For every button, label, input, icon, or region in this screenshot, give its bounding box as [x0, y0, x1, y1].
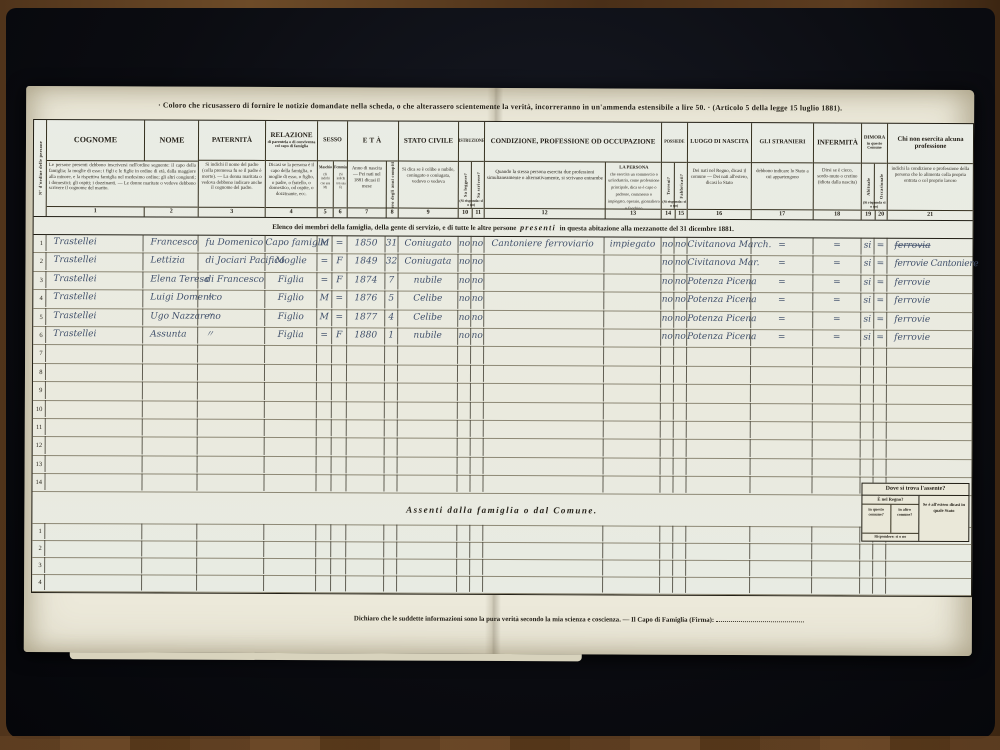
- istruzione-note: (Si risponda: sì o no): [459, 199, 484, 207]
- col-infermita: INFERMITÀ Dirsi se è cieco, sordo-muto o…: [813, 123, 861, 219]
- cell-sa-scrivere: no: [470, 291, 483, 308]
- cell-anno-nascita: [346, 346, 384, 364]
- cell-anni-compiti: 1: [384, 327, 397, 344]
- cell-persona: [603, 310, 660, 328]
- cell-maschio: M: [316, 309, 331, 326]
- cell-nome: [142, 418, 197, 436]
- cell-condizione: [483, 254, 603, 272]
- col-chi-non-esercita: Chi non esercita alcuna professione indi…: [887, 124, 973, 220]
- cell-anno-nascita: 1880: [346, 327, 384, 345]
- cell-stranieri: [750, 347, 812, 365]
- col-title-nome: NOME: [144, 120, 198, 160]
- cell-nome: [141, 524, 196, 540]
- cell-paternita: [197, 455, 264, 473]
- cell-terreni: [659, 543, 672, 559]
- cell-anno-nascita: [345, 542, 383, 558]
- cell-sa-leggere: [457, 383, 470, 400]
- relazione-subtitle: di parentela o di convivenza col capo di…: [266, 140, 317, 149]
- col-relazione: RELAZIONE di parentela o di convivenza c…: [265, 121, 317, 217]
- cell-luogo-nascita: Potenza Picena: [686, 292, 750, 310]
- cell-cognome: [44, 523, 141, 539]
- cell-persona: [602, 560, 659, 576]
- row-number: 1: [34, 235, 46, 252]
- cell-occasionale: [872, 577, 885, 593]
- cell-sa-leggere: [456, 542, 469, 558]
- cell-fabbricati: [672, 577, 685, 593]
- cell-chi-alimenta: ferrovie: [886, 274, 972, 292]
- cell-stato-civile: [396, 475, 456, 493]
- cell-relazione: [264, 456, 316, 474]
- col-number-16: 16: [688, 210, 751, 219]
- cell-paternita: [197, 437, 264, 455]
- cell-cognome: [45, 381, 142, 399]
- cell-anno-nascita: 1850: [347, 235, 385, 253]
- cell-sa-leggere: [457, 401, 470, 418]
- cell-sa-leggere: no: [457, 309, 470, 326]
- cell-stranieri: [750, 439, 812, 457]
- declaration-line: Dichiaro che le suddette informazioni so…: [354, 613, 804, 624]
- cell-terreni: [659, 526, 672, 542]
- cell-paternita: [196, 524, 263, 540]
- cell-condizione: [482, 475, 602, 493]
- cell-terreni: [660, 365, 673, 382]
- cell-anno-nascita: 1874: [346, 272, 384, 290]
- cell-persona: [602, 476, 659, 494]
- cell-relazione: Figlia: [264, 327, 316, 345]
- cell-paternita: [196, 575, 263, 591]
- cell-occasionale: =: [874, 238, 887, 255]
- cell-nome: [142, 400, 197, 418]
- cell-femmina: [330, 575, 345, 591]
- cell-terreni: [659, 560, 672, 576]
- cell-luogo-nascita: [685, 526, 749, 542]
- col-number-19: 19: [862, 211, 875, 220]
- col-number-5: 5: [318, 208, 333, 217]
- cell-nome: [142, 363, 197, 381]
- row-number: 1: [32, 524, 44, 540]
- cell-sa-leggere: no: [457, 273, 470, 290]
- cell-sa-scrivere: no: [470, 328, 483, 345]
- cell-infermita: [812, 458, 860, 476]
- cell-femmina: [331, 419, 346, 436]
- cell-luogo-nascita: [686, 402, 750, 420]
- cell-stranieri: [749, 577, 811, 593]
- col-number-13: 13: [605, 209, 661, 218]
- cell-maschio: [315, 575, 330, 591]
- cell-paternita: [197, 345, 264, 363]
- cell-occasionale: [872, 561, 885, 577]
- cell-stato-civile: Coniugato: [398, 236, 458, 254]
- row-number: 6: [33, 327, 45, 344]
- cell-abituale: [860, 421, 873, 438]
- cell-condizione: [482, 576, 602, 592]
- cell-stato-civile: Coniugata: [397, 254, 457, 272]
- cell-terreni: no: [660, 310, 673, 327]
- cell-paternita: [197, 419, 264, 437]
- cell-stranieri: =: [750, 329, 812, 347]
- cell-stranieri: =: [751, 237, 813, 255]
- cell-abituale: [860, 440, 873, 457]
- cell-occasionale: [873, 403, 886, 420]
- cell-sa-leggere: [457, 457, 470, 474]
- cell-chi-alimenta: [886, 385, 972, 403]
- census-table: N° d'ordine delle persone COGNOME NOME L…: [31, 119, 974, 597]
- cell-sa-scrivere: [469, 559, 482, 575]
- cell-maschio: M: [316, 290, 331, 307]
- col-title-eta: ETÀ: [348, 121, 398, 161]
- cell-persona: impiegato: [604, 236, 661, 254]
- sesso-femmina: Femmina (Si indichi con una F): [333, 161, 347, 207]
- cell-maschio: =: [316, 254, 331, 271]
- cell-luogo-nascita: [686, 421, 750, 439]
- cell-fabbricati: [673, 347, 686, 364]
- present-rows: 1 Trastellei Francesco fu Domenico Capo …: [32, 235, 972, 497]
- cell-cognome: Trastellei: [45, 308, 142, 326]
- cell-infermita: [812, 421, 860, 439]
- cell-maschio: [315, 541, 330, 557]
- cell-occasionale: =: [873, 256, 886, 273]
- col-number-4: 4: [266, 208, 317, 217]
- cell-anni-compiti: [384, 346, 397, 363]
- cell-maschio: [316, 346, 331, 363]
- col-title-istruzione: ISTRUZIONE: [459, 139, 484, 144]
- cell-condizione: [482, 525, 602, 541]
- cell-maschio: =: [316, 272, 331, 289]
- cell-abituale: si: [860, 330, 873, 347]
- col-number-3: 3: [199, 208, 265, 217]
- cell-chi-alimenta: [885, 561, 971, 577]
- cell-condizione: [482, 542, 602, 558]
- absent-box-estero: Se è all'estero dicasi in quale Stato: [919, 496, 968, 541]
- cell-occasionale: [873, 385, 886, 402]
- table-row: 4: [32, 575, 971, 596]
- cell-sa-leggere: [457, 346, 470, 363]
- cell-femmina: F: [331, 327, 346, 344]
- cell-maschio: [316, 364, 331, 381]
- cell-terreni: [660, 439, 673, 456]
- cell-cognome: [44, 557, 141, 573]
- cell-infermita: [812, 384, 860, 402]
- cell-abituale: si: [860, 256, 873, 273]
- cell-stato-civile: Celibe: [397, 309, 457, 327]
- cell-relazione: [263, 558, 315, 574]
- cell-anni-compiti: [384, 438, 397, 455]
- cell-fabbricati: [673, 365, 686, 382]
- cell-anni-compiti: [384, 383, 397, 400]
- cell-femmina: [331, 382, 346, 399]
- cell-stato-civile: [397, 364, 457, 382]
- cell-persona: [603, 292, 660, 310]
- cell-abituale: [860, 366, 873, 383]
- col-number-15: 15: [675, 210, 687, 219]
- cell-relazione: [264, 419, 316, 437]
- cell-relazione: [263, 474, 315, 492]
- cell-paternita: 〃: [197, 327, 264, 345]
- cell-abituale: si: [860, 274, 873, 291]
- census-sheet: · Coloro che ricusassero di fornire le n…: [24, 86, 974, 656]
- cell-chi-alimenta: ferrovie Cantoniere: [886, 256, 972, 274]
- cell-infermita: [811, 560, 859, 576]
- cell-terreni: no: [660, 292, 673, 309]
- cell-relazione: [264, 345, 316, 363]
- cell-condizione: [483, 401, 603, 419]
- cell-stranieri: [749, 476, 811, 494]
- cell-paternita: di Francesco: [197, 271, 264, 289]
- luogo-desc: Dei nati nel Regno, dicasi il comune — D…: [688, 163, 751, 209]
- row-number: 12: [33, 437, 45, 454]
- col-title-possiede: POSSIEDE: [664, 140, 684, 145]
- chi-desc: indichi la condizione o professione dell…: [888, 164, 973, 210]
- cell-chi-alimenta: [886, 403, 972, 421]
- cell-sa-leggere: no: [458, 236, 471, 253]
- cell-abituale: [860, 403, 873, 420]
- cell-paternita: 〃: [197, 308, 264, 326]
- cell-chi-alimenta: ferrovie: [886, 330, 972, 348]
- col-group-eta: ETÀ Anno di nascita — Pei nati nel 1881 …: [347, 121, 398, 217]
- cell-femmina: [331, 456, 346, 473]
- cell-sa-scrivere: [469, 576, 482, 592]
- cell-luogo-nascita: [685, 577, 749, 593]
- cell-stato-civile: [396, 559, 456, 575]
- cell-stato-civile: nubile: [397, 272, 457, 290]
- row-number: 2: [33, 253, 45, 270]
- cell-infermita: =: [812, 311, 860, 329]
- cell-abituale: [860, 348, 873, 365]
- cell-nome: Luigi Domenico: [142, 290, 197, 308]
- col-number-6: 6: [333, 208, 347, 217]
- cell-stranieri: [750, 403, 812, 421]
- cell-luogo-nascita: Civitanova Mar.: [686, 255, 750, 273]
- cell-sa-scrivere: [470, 346, 483, 363]
- cell-stranieri: [750, 458, 812, 476]
- cell-cognome: [44, 540, 141, 556]
- cell-stranieri: [749, 560, 811, 576]
- col-number-20: 20: [875, 211, 887, 220]
- col-number-11: 11: [472, 209, 484, 218]
- cell-persona: [603, 439, 660, 457]
- cell-anno-nascita: [345, 525, 383, 541]
- cell-stato-civile: [396, 575, 456, 591]
- dimora-subtitle: in questo Comune: [862, 141, 887, 150]
- relazione-desc: Dicasi se la persona è il capo della fam…: [266, 161, 317, 207]
- ordine-label: N° d'ordine delle persone: [37, 141, 42, 195]
- col-number-10: 10: [459, 209, 472, 218]
- cell-chi-alimenta: [886, 422, 972, 440]
- cell-sa-scrivere: [469, 525, 482, 541]
- cell-paternita: [197, 363, 264, 381]
- cell-stato-civile: nubile: [397, 328, 457, 346]
- row-number: 4: [33, 290, 45, 307]
- col-title-paternita: PATERNITÀ: [199, 121, 265, 161]
- cell-luogo-nascita: [685, 543, 749, 559]
- cell-anno-nascita: 1876: [346, 291, 384, 309]
- col-number-9: 9: [399, 209, 458, 218]
- cell-occasionale: [873, 348, 886, 365]
- cell-persona: [602, 543, 659, 559]
- cell-anni-compiti: 4: [384, 309, 397, 326]
- cell-infermita: =: [812, 256, 860, 274]
- cell-paternita: di Jociari Pacifico: [197, 253, 264, 271]
- cell-condizione: [483, 365, 603, 383]
- cell-stranieri: [750, 366, 812, 384]
- cell-nome: [141, 558, 196, 574]
- row-number: 3: [32, 558, 44, 574]
- row-number: 14: [32, 474, 44, 491]
- cell-occasionale: =: [873, 311, 886, 328]
- cell-nome: [142, 345, 197, 363]
- row-number: 3: [33, 272, 45, 289]
- cell-terreni: no: [661, 237, 674, 254]
- cell-paternita: [197, 400, 264, 418]
- cell-luogo-nascita: Civitanova March.: [687, 237, 751, 255]
- cell-persona: [603, 420, 660, 438]
- cell-infermita: [811, 527, 859, 543]
- cell-nome: [142, 455, 197, 473]
- cell-sa-scrivere: [470, 438, 483, 455]
- cell-anno-nascita: 1877: [346, 309, 384, 327]
- cell-infermita: [812, 403, 860, 421]
- cell-stato-civile: Celibe: [397, 291, 457, 309]
- cell-stato-civile: [397, 438, 457, 456]
- cell-cognome: [45, 363, 142, 381]
- cell-relazione: Figlia: [264, 272, 316, 290]
- cell-abituale: [859, 544, 872, 560]
- anni-compiti: Numero degli anni compiti: [386, 162, 398, 208]
- col-title-sesso: SESSO: [318, 121, 347, 161]
- cell-femmina: =: [332, 235, 347, 252]
- cell-fabbricati: no: [673, 292, 686, 309]
- cell-stranieri: =: [750, 292, 812, 310]
- cell-maschio: [316, 382, 331, 399]
- cell-fabbricati: no: [674, 237, 687, 254]
- col-number-18: 18: [814, 210, 861, 219]
- cell-luogo-nascita: [686, 458, 750, 476]
- cell-luogo-nascita: [686, 347, 750, 365]
- cell-anno-nascita: [346, 364, 384, 382]
- cell-femmina: =: [331, 309, 346, 326]
- cell-nome: [142, 382, 197, 400]
- cell-infermita: =: [812, 274, 860, 292]
- cell-terreni: no: [660, 273, 673, 290]
- cell-sa-scrivere: [470, 401, 483, 418]
- cell-occasionale: [873, 422, 886, 439]
- col-number-14: 14: [662, 210, 675, 219]
- cell-stato-civile: [397, 419, 457, 437]
- cell-luogo-nascita: [685, 476, 749, 494]
- row-number: 10: [33, 400, 45, 417]
- cell-femmina: [330, 474, 345, 491]
- cell-relazione: Capo famiglia: [265, 235, 317, 253]
- cell-anno-nascita: [345, 558, 383, 574]
- row-number: 4: [32, 575, 44, 591]
- cell-persona: [603, 365, 660, 383]
- cell-anno-nascita: 1849: [346, 254, 384, 272]
- row-number: 9: [33, 382, 45, 399]
- cell-sa-scrivere: [469, 475, 482, 492]
- cell-cognome: Trastellei: [45, 289, 142, 307]
- cell-infermita: [811, 577, 859, 593]
- cell-condizione: [483, 328, 603, 346]
- sesso-maschio: Maschio (Si indichi con una M): [318, 161, 333, 207]
- col-title-stato: STATO CIVILE: [399, 122, 458, 162]
- cell-persona: [602, 576, 659, 592]
- cell-condizione: [483, 438, 603, 456]
- cell-fabbricati: [672, 526, 685, 542]
- cell-maschio: [315, 558, 330, 574]
- stato-desc: Si dica se è celibe o nubile, coniugato …: [399, 162, 458, 208]
- cell-sa-scrivere: no: [470, 273, 483, 290]
- cell-sa-leggere: no: [457, 254, 470, 271]
- cell-maschio: =: [316, 327, 331, 344]
- cell-condizione: [483, 457, 603, 475]
- cell-occasionale: =: [873, 330, 886, 347]
- cell-occasionale: [873, 366, 886, 383]
- cell-femmina: [331, 364, 346, 381]
- absent-location-box: Dove si trova l'assente? È nel Regno? in…: [861, 483, 969, 542]
- cell-infermita: [811, 544, 859, 560]
- col-title-cognome: COGNOME: [47, 120, 144, 160]
- cell-relazione: Moglie: [264, 253, 316, 271]
- absent-box-questo-comune: in questo comune?: [862, 505, 890, 533]
- cell-condizione: [483, 291, 603, 309]
- cell-nome: [141, 541, 196, 557]
- paternita-desc: Si indichi il nome del padre (colla prem…: [199, 161, 265, 207]
- cell-anno-nascita: [346, 456, 384, 474]
- cell-condizione: [483, 273, 603, 291]
- cell-cognome: [45, 400, 142, 418]
- cell-sa-leggere: [456, 576, 469, 592]
- col-title-luogo: LUOGO DI NASCITA: [688, 123, 751, 163]
- cell-cognome: Trastellei: [45, 271, 142, 289]
- row-number: 7: [33, 345, 45, 362]
- photo-scene: · Coloro che ricusassero di fornire le n…: [0, 0, 1000, 750]
- cell-infermita: =: [812, 293, 860, 311]
- col-title-stranieri: GLI STRANIERI: [752, 123, 813, 163]
- cell-stranieri: [750, 384, 812, 402]
- col-title-chi: Chi non esercita alcuna professione: [888, 124, 973, 164]
- cell-infermita: [812, 440, 860, 458]
- cell-condizione: [482, 559, 602, 575]
- cell-paternita: fu Domenico: [198, 235, 265, 253]
- cell-relazione: [264, 400, 316, 418]
- cell-sa-scrivere: [469, 542, 482, 558]
- cell-femmina: F: [331, 272, 346, 289]
- cell-luogo-nascita: Potenza Picena: [686, 274, 750, 292]
- cell-cognome: [44, 574, 141, 590]
- cell-luogo-nascita: [685, 560, 749, 576]
- cell-fabbricati: no: [673, 329, 686, 346]
- col-number-12: 12: [485, 209, 605, 219]
- col-number-17: 17: [752, 210, 813, 219]
- cell-luogo-nascita: [686, 439, 750, 457]
- cell-infermita: [812, 348, 860, 366]
- cell-terreni: [660, 457, 673, 474]
- cell-sa-scrivere: [470, 383, 483, 400]
- col-number-2: 2: [144, 207, 198, 216]
- cell-occasionale: =: [873, 293, 886, 310]
- cell-anno-nascita: [346, 438, 384, 456]
- cell-fabbricati: no: [673, 274, 686, 291]
- cell-fabbricati: [673, 384, 686, 401]
- cell-sa-leggere: [457, 438, 470, 455]
- cell-paternita: 〃: [197, 290, 264, 308]
- cell-anni-compiti: [383, 542, 396, 558]
- row-number: 8: [33, 364, 45, 381]
- cell-persona: [603, 328, 660, 346]
- cell-anni-compiti: [384, 419, 397, 436]
- cell-persona: [602, 526, 659, 542]
- cell-relazione: [263, 541, 315, 557]
